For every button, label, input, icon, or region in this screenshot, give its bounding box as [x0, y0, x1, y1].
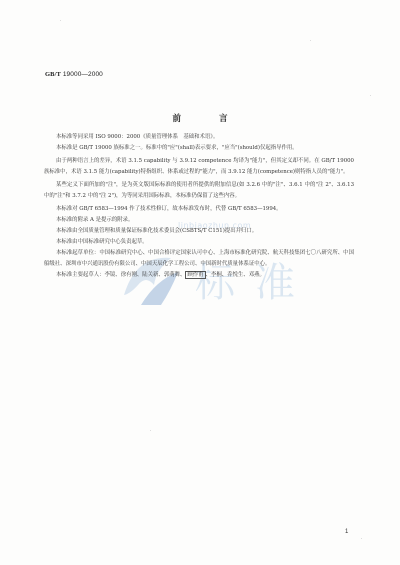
paragraph: 本标准对 GB/T 6583—1994 作了技术性修订，故本标准发布时，代替 G… [44, 204, 354, 215]
paragraph: 本标准的附录 A 是提示的附录。 [44, 215, 354, 226]
title-char-2: 言 [219, 112, 228, 124]
title-char-1: 前 [172, 112, 181, 124]
scan-speck [150, 430, 151, 431]
page-number: 1 [345, 529, 348, 535]
paragraph: 某些定义下面所加的"注"，是为英文版国际标准的使用者所提供的附加信息(如 3.2… [44, 180, 354, 202]
scan-speck [310, 40, 311, 41]
drafters-lead: 本标准主要起草人：李镜、徐有刚、陆关新、郭萌舞、 [56, 272, 185, 278]
standard-prefix: GB/T [45, 71, 61, 78]
boxed-drafter-name: 顾作甫 [185, 271, 205, 279]
standard-code: GB/T 19000—2000 [45, 71, 103, 78]
paragraph: 本标准是 GB/T 19000 族标准之一。标准中的"应"(shall)表示要求… [44, 143, 354, 154]
scan-speck [370, 95, 371, 96]
paragraph: 本标准由中国标准研究中心负责起草。 [44, 237, 354, 248]
standard-number: 19000—2000 [63, 71, 103, 78]
paragraph: 本标准等同采用 ISO 9000：2000《质量管理体系 基础和术语》。 [44, 132, 354, 143]
paragraph: 本标准由全国质量管理和质量保证标准化技术委员会(CSBTS/T C151)提出并… [44, 226, 354, 237]
paragraph: 本标准起草单位：中国标准研究中心、中国合格评定国家认可中心、上海市标准化研究院、… [44, 248, 354, 270]
page-title: 前言 [0, 112, 400, 124]
drafters-paragraph: 本标准主要起草人：李镜、徐有刚、陆关新、郭萌舞、顾作甫、李桐、乔悦生、邓燕。 [44, 270, 354, 281]
drafters-tail: 、李桐、乔悦生、邓燕。 [206, 272, 265, 278]
scan-speck [361, 538, 362, 539]
paragraph: 由于两种语言上的差异，术语 3.1.5 capability 与 3.9.12 … [44, 156, 354, 178]
scan-speck [60, 20, 61, 21]
document-page: GB/T 19000—2000 前言 linbiaozhun.com 标准 本标… [0, 0, 400, 565]
preface-body: 本标准等同采用 ISO 9000：2000《质量管理体系 基础和术语》。 本标准… [44, 132, 354, 281]
